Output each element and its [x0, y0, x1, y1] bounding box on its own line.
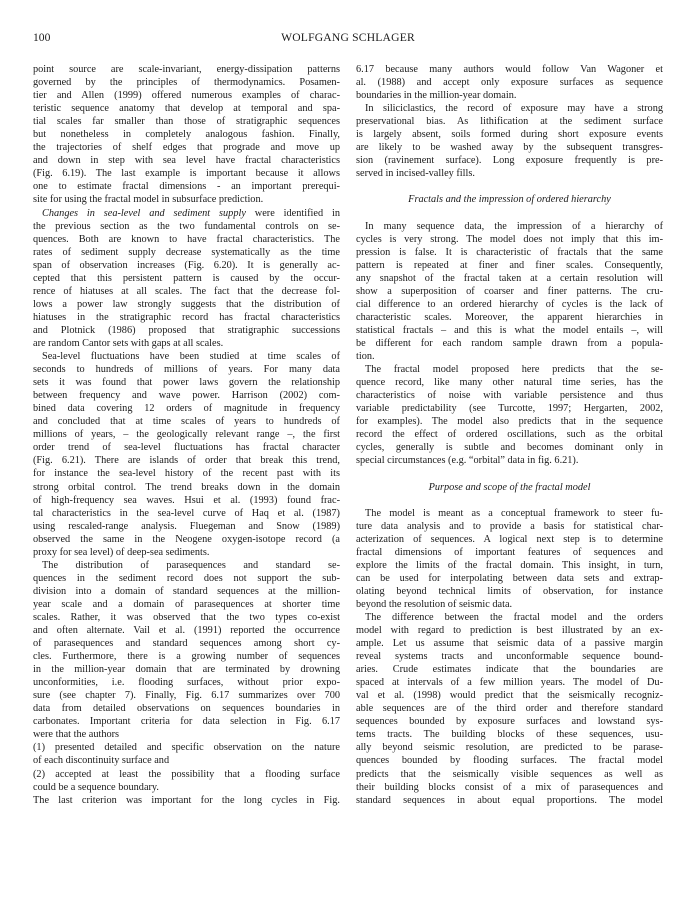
text-line: tems tracts. The building blocks of thes…	[356, 728, 663, 741]
text-line: quence record, like many other natural t…	[356, 376, 663, 389]
text-line: hiatuses in the stratigraphic record has…	[33, 311, 340, 324]
text-line: cepted that this persistent pattern is c…	[33, 272, 340, 285]
text-line: bined data covering 12 orders of magnitu…	[33, 402, 340, 415]
text-line: seconds to hundreds of millions of years…	[33, 363, 340, 376]
text-line: ture data analysis and to provide a basi…	[356, 520, 663, 533]
text-line: can be used for interpolating between da…	[356, 572, 663, 585]
text-line: the trajectories of shelf edges that pro…	[33, 141, 340, 154]
section-heading: Fractals and the impression of ordered h…	[356, 193, 663, 206]
text-line: observed the same in the Neogene oxygen-…	[33, 533, 340, 546]
italic-run-in-heading: Changes in sea-level and sediment supply	[42, 208, 246, 219]
text-line: 6.17 because many authors would follow V…	[356, 63, 663, 76]
text-line: The distribution of parasequences and st…	[33, 559, 340, 572]
text-line: model with regard to prediction is best …	[356, 624, 663, 637]
text-line: strong orbital control. The trend breaks…	[33, 481, 340, 494]
text-line: standard sequences in about equal propor…	[356, 794, 663, 807]
text-line: order trend of sea-level fluctuations ha…	[33, 441, 340, 454]
text-line: tier and Allen (1999) offered numerous e…	[33, 89, 340, 102]
text-line: (2) accepted at least the possibility th…	[33, 768, 340, 781]
text-line: point source are scale-invariant, energy…	[33, 63, 340, 76]
text-line: aries. Crude estimates indicate that the…	[356, 663, 663, 676]
text-line: one to estimate fractal dimensions - an …	[33, 180, 340, 193]
text-line: In siliciclastics, the record of exposur…	[356, 102, 663, 115]
text-line: beyond the resolution of seismic data.	[356, 598, 663, 611]
text-line: and Plotnick (1986) proposed that strati…	[33, 324, 340, 337]
text-line: variable predictability (see Turcotte, 1…	[356, 402, 663, 415]
text-line: The last criterion was important for the…	[33, 794, 340, 807]
text-line: predicts that the seismically visible se…	[356, 768, 663, 781]
text-line: data from detailed observations on seque…	[33, 702, 340, 715]
text-line: sure (see chapter 7). Finally, Fig. 6.17…	[33, 689, 340, 702]
text-line: ample. Let us assume that seismic data o…	[356, 637, 663, 650]
text-line: any snapshot of the fractal taken at a c…	[356, 272, 663, 285]
text-line: carbonates. Important criteria for data …	[33, 715, 340, 728]
text-line: special circumstances (e.g. “orbital” da…	[356, 454, 663, 467]
text-line: boundaries in the million-year domain.	[356, 89, 663, 102]
text-line: Sea-level fluctuations have been studied…	[33, 350, 340, 363]
text-run: were identified in	[255, 208, 340, 219]
text-line: for examples). The model also predicts t…	[356, 415, 663, 428]
text-line: preservational bias. As lithification at…	[356, 115, 663, 128]
text-line: cycles, generally is subtle and becomes …	[356, 441, 663, 454]
text-line: their building blocks consist of a mix o…	[356, 781, 663, 794]
text-line: tal characteristics in the sea-level cur…	[33, 507, 340, 520]
text-line: tial scales far smaller than those of st…	[33, 115, 340, 128]
text-line: in the million-year domain that are term…	[33, 663, 340, 676]
text-line: cial difference to an ordered hierarchy …	[356, 298, 663, 311]
text-line: quences. Both are known to have fractal …	[33, 233, 340, 246]
text-line: scales. Rather, it was observed that the…	[33, 611, 340, 624]
text-line: are random Cantor sets with gaps at all …	[33, 337, 340, 350]
blank-line	[356, 467, 663, 480]
text-line: served in incised-valley fills.	[356, 167, 663, 180]
text-line: span of observation increases (Fig. 6.20…	[33, 259, 340, 272]
text-line: spaced at intervals of a few million yea…	[356, 676, 663, 689]
text-line: able sequences are of the third order an…	[356, 702, 663, 715]
text-line: and concluded that at time scales of yea…	[33, 415, 340, 428]
text-line: for instance the sea-level history of th…	[33, 467, 340, 480]
text-line: teristic sequence anatomy that develop a…	[33, 102, 340, 115]
blank-line	[356, 180, 663, 193]
text-line: tion.	[356, 350, 663, 363]
text-line: (1) presented detailed and specific obse…	[33, 741, 340, 754]
left-column: point source are scale-invariant, energy…	[33, 63, 340, 807]
text-line: In many sequence data, the impression of…	[356, 220, 663, 233]
text-line: olating beyond technical limits of obser…	[356, 585, 663, 598]
text-line: governed by the principles of thermodyna…	[33, 76, 340, 89]
text-line: be different for each random sample draw…	[356, 337, 663, 350]
text-line: unconformities, i.e. flooding surfaces, …	[33, 676, 340, 689]
text-line: show a superposition of coarser and fine…	[356, 285, 663, 298]
text-line: characteristics of noise with variable p…	[356, 389, 663, 402]
text-line: division into a domain of standard seque…	[33, 585, 340, 598]
text-line: of parasequences and standard sequences …	[33, 637, 340, 650]
text-line: could be a sequence boundary.	[33, 781, 340, 794]
text-line: but nonetheless in completely analogous …	[33, 128, 340, 141]
text-line: is largely absent, soils formed during s…	[356, 128, 663, 141]
text-line: quences bounded by flooding surfaces. Th…	[356, 754, 663, 767]
running-head: WOLFGANG SCHLAGER	[33, 31, 663, 44]
text-line: of each discontinuity surface and	[33, 754, 340, 767]
text-line: sequences bounded by exposure surfaces a…	[356, 715, 663, 728]
text-line: (Fig. 6.21). There are islands of order …	[33, 454, 340, 467]
text-line: of high-frequency sea waves. Hsui et al.…	[33, 494, 340, 507]
text-line: pattern is repeated at finer and finer s…	[356, 259, 663, 272]
text-line: val et al. (1998) would predict that the…	[356, 689, 663, 702]
text-line: proxy for sea level) of deep-sea sedimen…	[33, 546, 340, 559]
text-line: lows a power law strongly suggests that …	[33, 298, 340, 311]
text-line: year scale and a domain of parasequences…	[33, 598, 340, 611]
section-heading: Purpose and scope of the fractal model	[356, 481, 663, 494]
blank-line	[356, 207, 663, 220]
text-line: the previous section as the two fundamen…	[33, 220, 340, 233]
text-line: millions of years, – the geologically re…	[33, 428, 340, 441]
text-line: cles. Furthermore, there is a growing nu…	[33, 650, 340, 663]
text-line: fractal dimensions of important features…	[356, 546, 663, 559]
text-line: sets it was found that power laws govern…	[33, 376, 340, 389]
page-header: 100 WOLFGANG SCHLAGER	[33, 31, 663, 45]
text-line: The model is meant as a conceptual frame…	[356, 507, 663, 520]
text-line: The difference between the fractal model…	[356, 611, 663, 624]
right-column: 6.17 because many authors would follow V…	[356, 63, 663, 807]
text-line: al. (1988) and accept only exposure surf…	[356, 76, 663, 89]
blank-line	[356, 494, 663, 507]
text-line: acterization of sequences. A logical nex…	[356, 533, 663, 546]
text-line: sion (ravinement surface). Long exposure…	[356, 154, 663, 167]
text-line: reveal systems tracts and unconformable …	[356, 650, 663, 663]
text-line: rence of hiatuses at all scales. The fac…	[33, 285, 340, 298]
paragraph-start-line: Changes in sea-level and sediment supply…	[33, 207, 340, 220]
text-line: and down in step with sea level have fra…	[33, 154, 340, 167]
text-line: record the effect of ordered oscillation…	[356, 428, 663, 441]
text-line: between frequency and wave power. Harris…	[33, 389, 340, 402]
text-line: (Fig. 6.19). The last example is importa…	[33, 167, 340, 180]
text-line: pression is false. It is characteristic …	[356, 246, 663, 259]
text-line: explore the limits of the fractal domain…	[356, 559, 663, 572]
text-line: cycles is very strong. The model does no…	[356, 233, 663, 246]
text-line: rates of sediment supply decrease system…	[33, 246, 340, 259]
text-line: are likely to be washed away by the subs…	[356, 141, 663, 154]
text-line: were that the authors	[33, 728, 340, 741]
text-line: and often alternate. Vail et al. (1991) …	[33, 624, 340, 637]
text-line: using rescaled-range analysis. Fluegeman…	[33, 520, 340, 533]
text-line: ally beyond seismic resolution, are pred…	[356, 741, 663, 754]
text-line: statistical fractals – and this is what …	[356, 324, 663, 337]
text-line: site for using the fractal model in subs…	[33, 193, 340, 206]
text-line: quences in the sediment record does not …	[33, 572, 340, 585]
text-line: characteristic scales. Moreover, the app…	[356, 311, 663, 324]
text-line: The fractal model proposed here predicts…	[356, 363, 663, 376]
